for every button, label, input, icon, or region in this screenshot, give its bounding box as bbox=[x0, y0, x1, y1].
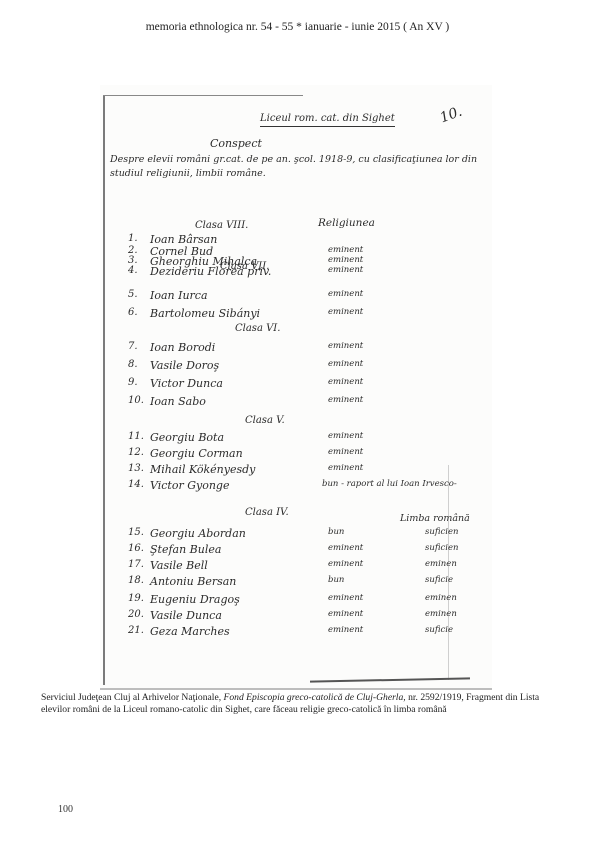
class-label: Clasa IV. bbox=[245, 507, 289, 518]
class-label: Clasa VIII. bbox=[195, 220, 248, 231]
language-grade: suficien bbox=[425, 527, 459, 537]
row-number: 19. bbox=[128, 593, 144, 604]
handwritten-folio-number: 10. bbox=[438, 104, 464, 127]
language-grade: eminen bbox=[425, 609, 457, 619]
archival-document-scan: Liceul rom. cat. din Sighet 10. Conspect… bbox=[100, 85, 492, 690]
student-name: Ştefan Bulea bbox=[150, 543, 221, 556]
religion-grade: eminent bbox=[328, 359, 363, 369]
language-grade: eminen bbox=[425, 593, 457, 603]
document-heading: Conspect bbox=[210, 137, 262, 150]
scan-margin-line bbox=[103, 95, 105, 685]
scan-column-rule bbox=[448, 465, 449, 680]
student-name: Bartolomeu Sibányi bbox=[150, 307, 260, 320]
student-name: Ioan Sabo bbox=[150, 395, 206, 408]
row-number: 6. bbox=[128, 307, 138, 318]
student-name: Georgiu Bota bbox=[150, 431, 224, 444]
religion-grade: eminent bbox=[328, 341, 363, 351]
religion-grade: eminent bbox=[328, 307, 363, 317]
student-name: Georgiu Corman bbox=[150, 447, 243, 460]
student-name: Vasile Dunca bbox=[150, 609, 222, 622]
student-name: Victor Gyonge bbox=[150, 479, 230, 492]
row-number: 8. bbox=[128, 359, 138, 370]
religion-grade: eminent bbox=[328, 431, 363, 441]
religion-grade: eminent bbox=[328, 625, 363, 635]
student-name: Vasile Bell bbox=[150, 559, 208, 572]
running-header: memoria ethnologica nr. 54 - 55 * ianuar… bbox=[0, 21, 595, 33]
row-number: 1. bbox=[128, 233, 138, 244]
row-14-note: bun - raport al lui Ioan Irvesco- bbox=[322, 479, 457, 489]
religion-grade: eminent bbox=[328, 377, 363, 387]
caption-fond: Fond Episcopia greco-catolică de Cluj-Gh… bbox=[224, 692, 406, 703]
row-number: 4. bbox=[128, 265, 138, 276]
religion-grade: bun bbox=[328, 527, 344, 537]
row-number: 10. bbox=[128, 395, 144, 406]
religion-grade: eminent bbox=[328, 265, 363, 275]
row-number: 15. bbox=[128, 527, 144, 538]
scan-top-edge bbox=[103, 95, 303, 96]
student-name: Georgiu Abordan bbox=[150, 527, 246, 540]
row-number: 17. bbox=[128, 559, 144, 570]
class-label: Clasa VI. bbox=[235, 323, 280, 334]
student-name: Mihail Kökényesdy bbox=[150, 463, 255, 476]
row-number: 14. bbox=[128, 479, 144, 490]
student-name: Antoniu Bersan bbox=[150, 575, 236, 588]
row-number: 18. bbox=[128, 575, 144, 586]
column-header-religion: Religiunea bbox=[318, 217, 375, 229]
language-grade: suficien bbox=[425, 543, 459, 553]
religion-grade: bun bbox=[328, 575, 344, 585]
religion-grade: eminent bbox=[328, 255, 363, 265]
religion-grade: eminent bbox=[328, 559, 363, 569]
religion-grade: eminent bbox=[328, 463, 363, 473]
religion-grade: eminent bbox=[328, 593, 363, 603]
row-number: 5. bbox=[128, 289, 138, 300]
column-header-language: Limba română bbox=[400, 513, 470, 524]
row-number: 7. bbox=[128, 341, 138, 352]
figure-caption: Serviciul Judeţean Cluj al Arhivelor Naţ… bbox=[41, 692, 555, 716]
page-number: 100 bbox=[58, 804, 73, 815]
language-grade: eminen bbox=[425, 559, 457, 569]
religion-grade: eminent bbox=[328, 245, 363, 255]
row-number: 21. bbox=[128, 625, 144, 636]
caption-source: Serviciul Judeţean Cluj al Arhivelor Naţ… bbox=[41, 692, 224, 703]
row-number: 16. bbox=[128, 543, 144, 554]
row-number: 12. bbox=[128, 447, 144, 458]
religion-grade: eminent bbox=[328, 289, 363, 299]
language-grade: suficie bbox=[425, 575, 453, 585]
row-number: 13. bbox=[128, 463, 144, 474]
religion-grade: eminent bbox=[328, 609, 363, 619]
document-intro: Despre elevii români gr.cat. de pe an. ş… bbox=[110, 153, 480, 181]
row-number: 9. bbox=[128, 377, 138, 388]
student-name: Dezideriu Florea priv. bbox=[150, 265, 271, 278]
school-title: Liceul rom. cat. din Sighet bbox=[260, 113, 395, 127]
religion-grade: eminent bbox=[328, 395, 363, 405]
row-number: 11. bbox=[128, 431, 144, 442]
student-name: Geza Marches bbox=[150, 625, 230, 638]
student-name: Ioan Iurca bbox=[150, 289, 208, 302]
student-name: Victor Dunca bbox=[150, 377, 223, 390]
class-label: Clasa V. bbox=[245, 415, 285, 426]
student-name: Vasile Doroş bbox=[150, 359, 219, 372]
language-grade: suficie bbox=[425, 625, 453, 635]
religion-grade: eminent bbox=[328, 543, 363, 553]
religion-grade: eminent bbox=[328, 447, 363, 457]
scan-closing-stroke bbox=[310, 677, 470, 682]
student-name: Eugeniu Dragoş bbox=[150, 593, 240, 606]
student-name: Ioan Borodi bbox=[150, 341, 215, 354]
row-number: 20. bbox=[128, 609, 144, 620]
